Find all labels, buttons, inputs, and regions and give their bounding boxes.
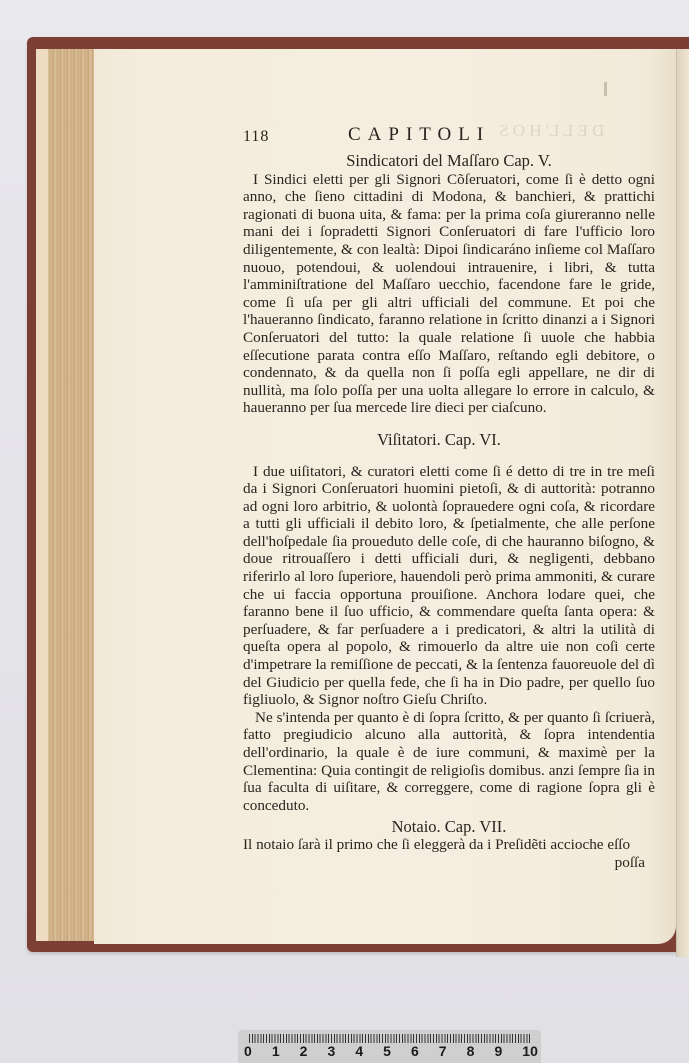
page-number: 118 bbox=[243, 128, 269, 146]
scale-ruler: 0 1 2 3 4 5 6 7 8 9 10 bbox=[238, 1030, 541, 1063]
ruler-label: 5 bbox=[383, 1043, 391, 1061]
ruler-label: 2 bbox=[300, 1043, 308, 1061]
page-text: 118 CAPITOLI Sindicatori del Maſſaro Cap… bbox=[243, 128, 655, 871]
section-heading-cap-v: Sindicatori del Maſſaro Cap. V. bbox=[243, 152, 655, 170]
ruler-label: 1 bbox=[272, 1043, 280, 1061]
ruler-label: 8 bbox=[467, 1043, 475, 1061]
ruler-label: 0 bbox=[244, 1043, 252, 1061]
endpaper-edge bbox=[36, 49, 48, 941]
catchword: poſſa bbox=[243, 854, 645, 872]
ruler-labels: 0 1 2 3 4 5 6 7 8 9 10 bbox=[244, 1043, 538, 1061]
ruler-label: 3 bbox=[327, 1043, 335, 1061]
section-heading-cap-vi: Viſitatori. Cap. VI. bbox=[223, 431, 655, 449]
paragraph-visitatori-1: I due uiſitatori, & curatori eletti come… bbox=[243, 463, 655, 709]
ruler-label: 10 bbox=[522, 1043, 538, 1061]
ruler-label: 4 bbox=[355, 1043, 363, 1061]
section-heading-cap-vii: Notaio. Cap. VII. bbox=[243, 818, 655, 836]
paragraph-sindicatori: I Sindici eletti per gli Signori Cõſerua… bbox=[243, 171, 655, 417]
ruler-ticks bbox=[249, 1034, 532, 1043]
ruler-label: 6 bbox=[411, 1043, 419, 1061]
ruler-label: 7 bbox=[439, 1043, 447, 1061]
paragraph-visitatori-2: Ne s'intenda per quanto è di ſopra ſcrit… bbox=[243, 709, 655, 815]
page-header: 118 CAPITOLI bbox=[243, 128, 655, 150]
facing-page-edge bbox=[676, 49, 689, 957]
running-head: CAPITOLI bbox=[348, 126, 490, 144]
ruler-label: 9 bbox=[494, 1043, 502, 1061]
paragraph-notaio: Il notaio ſarà il primo che ſi eleggerà … bbox=[243, 836, 655, 854]
ink-mark bbox=[604, 82, 607, 96]
